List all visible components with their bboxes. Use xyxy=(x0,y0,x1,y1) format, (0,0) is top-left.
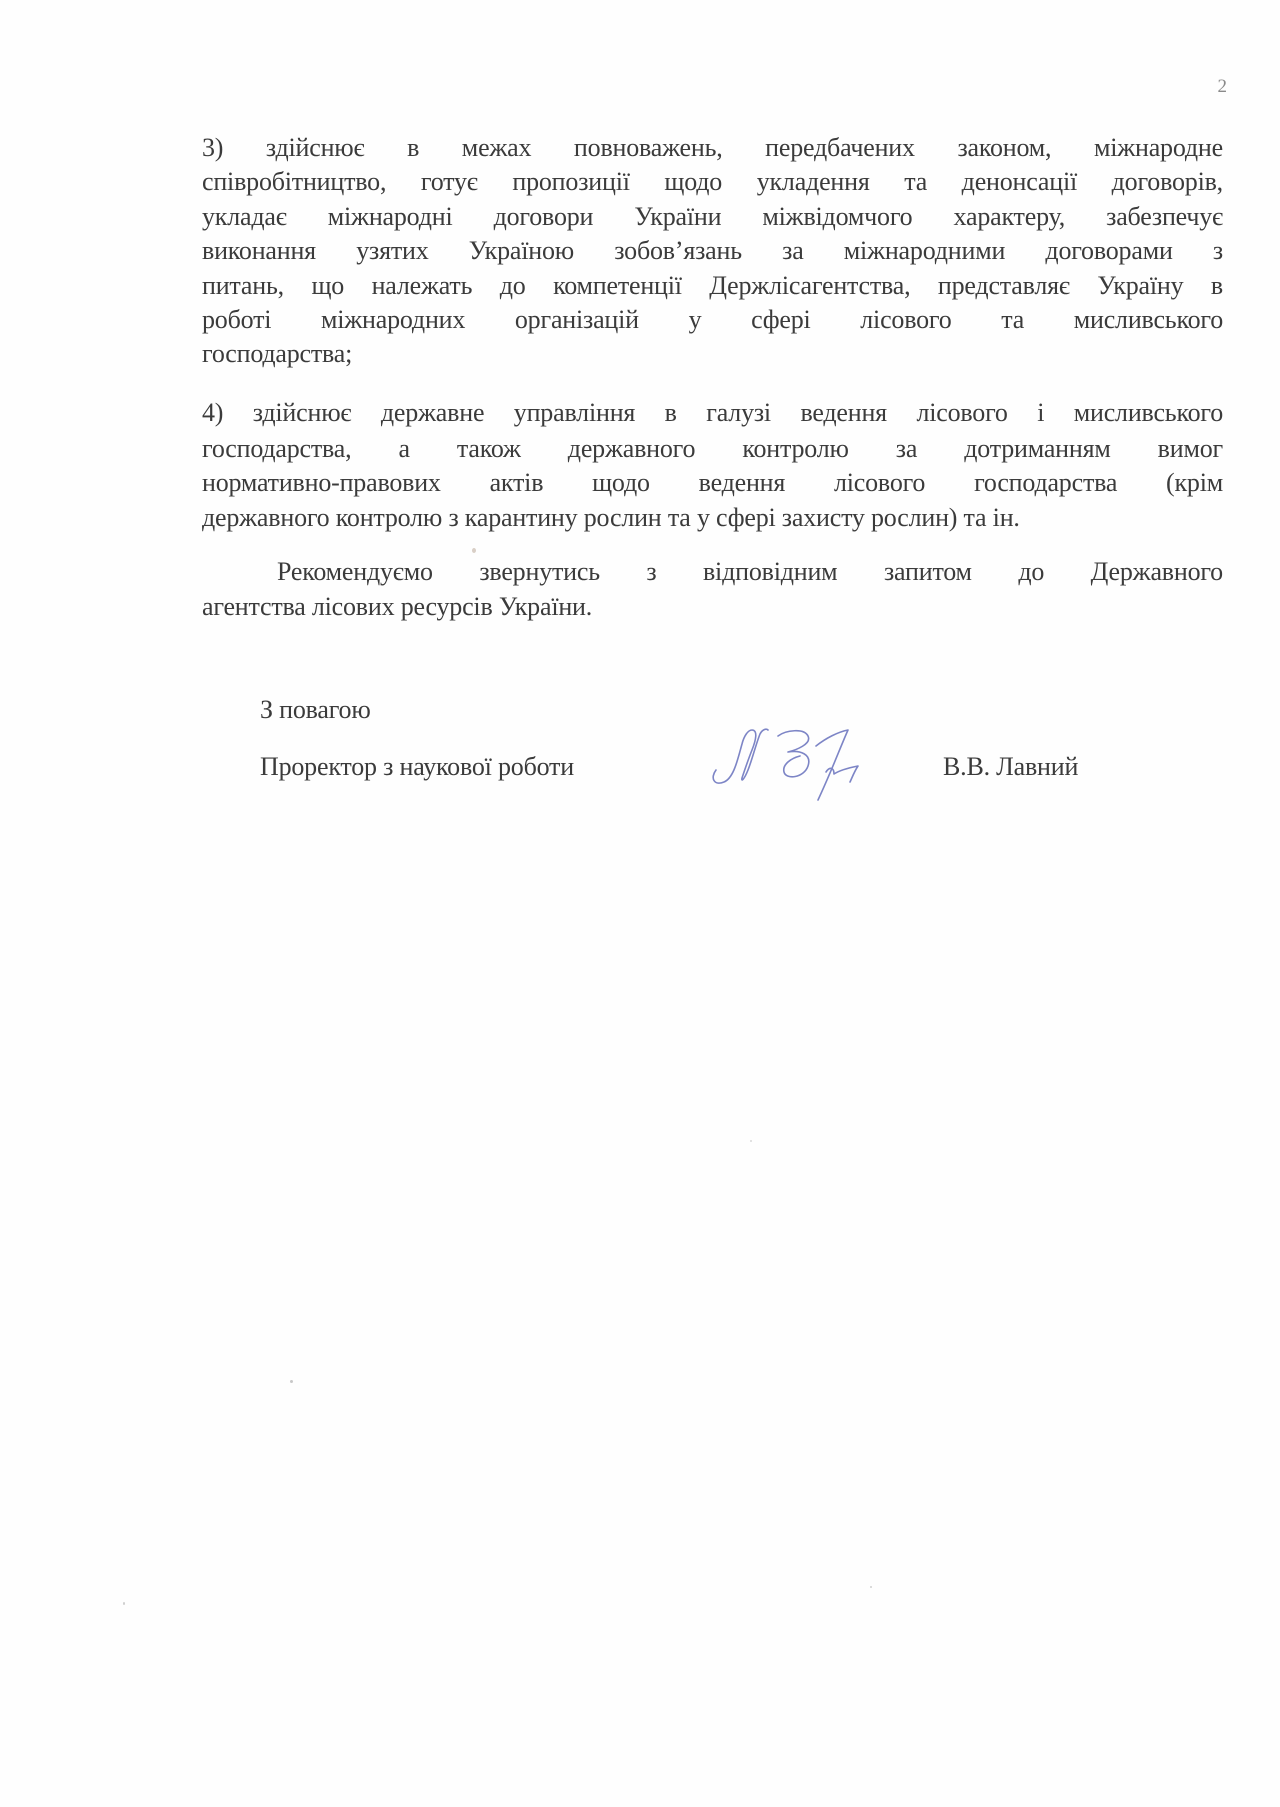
scan-speck xyxy=(290,1380,293,1383)
scan-speck xyxy=(750,1140,752,1142)
scan-speck xyxy=(123,1602,125,1605)
text-line: 3) здійснює в межах повноважень, передба… xyxy=(202,133,1223,163)
scan-speck xyxy=(870,1586,872,1588)
signatory-position: Проректор з наукової роботи xyxy=(260,752,574,782)
text-line: державного контролю з карантину рослин т… xyxy=(202,503,1223,533)
signatory-name: В.В. Лавний xyxy=(943,752,1078,782)
text-line: питань, що належать до компетенції Держл… xyxy=(202,271,1223,301)
scan-speck xyxy=(472,548,476,553)
text-line: господарства; xyxy=(202,339,1223,369)
text-line: Рекомендуємо звернутись з відповідним за… xyxy=(277,557,1223,587)
text-line: співробітництво, готує пропозиції щодо у… xyxy=(202,167,1223,197)
text-line: укладає міжнародні договори України міжв… xyxy=(202,202,1223,232)
text-line: виконання узятих Україною зобов’язань за… xyxy=(202,236,1223,266)
text-line: господарства, а також державного контрол… xyxy=(202,434,1223,464)
document-page: 2 3) здійснює в межах повноважень, перед… xyxy=(0,0,1280,1807)
text-line: роботі міжнародних організацій у сфері л… xyxy=(202,305,1223,335)
page-number: 2 xyxy=(1209,76,1227,98)
text-line: агентства лісових ресурсів України. xyxy=(202,592,1223,622)
text-line: нормативно-правових актів щодо ведення л… xyxy=(202,468,1223,498)
text-line: 4) здійснює державне управління в галузі… xyxy=(202,398,1223,428)
handwritten-signature xyxy=(708,722,898,804)
salutation: З повагою xyxy=(260,695,371,725)
